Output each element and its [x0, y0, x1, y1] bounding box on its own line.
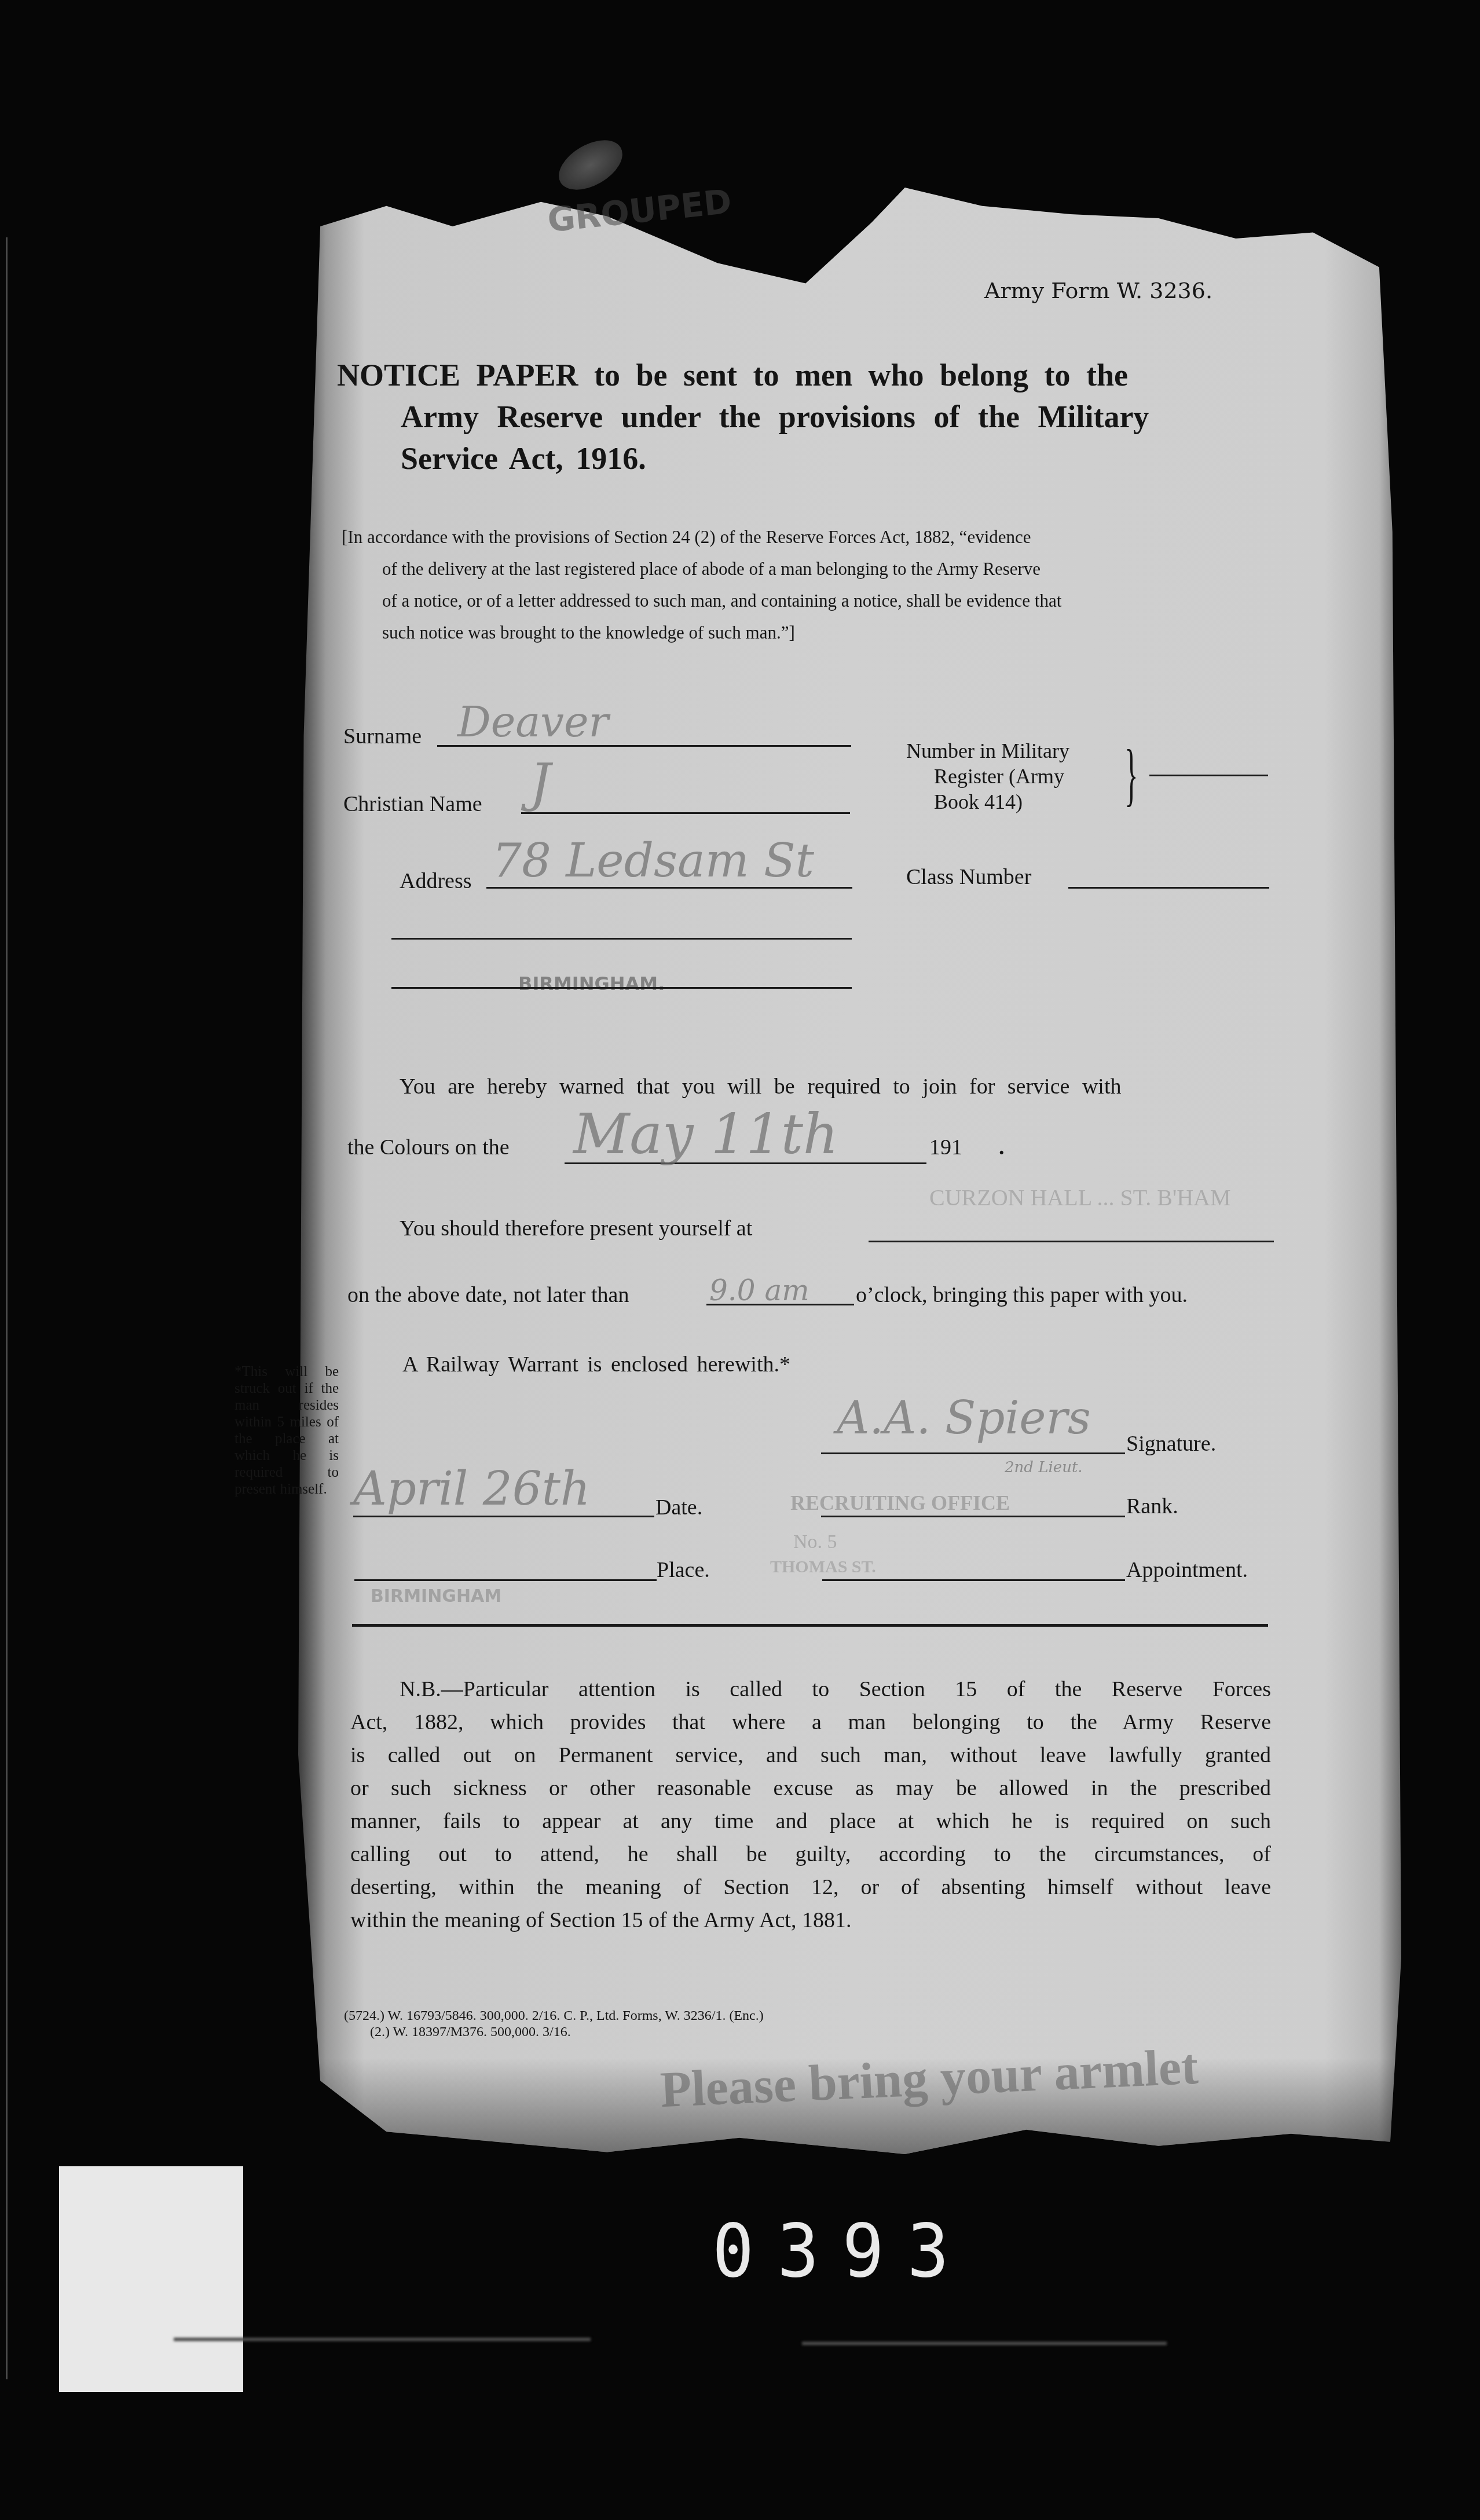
military-register-label-line: Number in Military [906, 738, 1069, 764]
surname-label: Surname [343, 724, 422, 749]
military-register-label: Number in Military Register (Army Book 4… [906, 738, 1069, 815]
preamble-line: [In accordance with the provisions of Se… [342, 521, 1268, 553]
signature-rank-note: 2nd Lieut. [1005, 1459, 1083, 1476]
birmingham-stamp: BIRMINGHAM. [518, 973, 665, 995]
military-register-label-line: Register (Army [906, 764, 1069, 789]
class-number-label: Class Number [906, 864, 1031, 890]
christian-name-line [521, 812, 850, 814]
curzon-hall-stamp: CURZON HALL ... ST. B'HAM [929, 1184, 1231, 1211]
nb-line: N.B.—Particular attention is called to S… [350, 1673, 1271, 1706]
colours-year-prefix: 191 [929, 1135, 962, 1160]
place-line[interactable] [354, 1579, 657, 1581]
railway-warrant-text: A Railway Warrant is enclosed herewith.* [402, 1352, 790, 1377]
imprint-line: (5724.) W. 16793/5846. 300,000. 2/16. C.… [344, 2008, 764, 2024]
date-field[interactable]: April 26th [353, 1462, 590, 1516]
title-line-1: NOTICE PAPER to be sent to men who belon… [337, 354, 1149, 396]
printer-imprint: (5724.) W. 16793/5846. 300,000. 2/16. C.… [344, 2008, 764, 2040]
military-register-line[interactable] [1149, 775, 1268, 776]
class-number-line[interactable] [1068, 887, 1269, 889]
address-line-3[interactable] [391, 987, 852, 989]
place-label: Place. [657, 1557, 710, 1583]
address-field[interactable]: 78 Ledsam St [492, 834, 814, 887]
date-label: Date. [655, 1495, 702, 1520]
title-line-2: Army Reserve under the provisions of the… [337, 396, 1149, 438]
military-register-label-line: Book 414) [906, 789, 1069, 815]
surname-field[interactable]: Deaver [457, 698, 609, 746]
form-number: Army Form W. 3236. [984, 278, 1212, 303]
rank-line[interactable] [821, 1516, 1125, 1517]
recruiting-office-street-stamp: THOMAS ST. [770, 1557, 876, 1577]
colours-date-field[interactable]: May 11th [573, 1103, 838, 1167]
recruiting-office-no-stamp: No. 5 [793, 1531, 837, 1553]
birmingham-place-stamp: BIRMINGHAM [371, 1586, 501, 1606]
section-divider [352, 1624, 1268, 1627]
colours-year-suffix: . [999, 1135, 1005, 1160]
frame-number: 0393 [712, 2218, 944, 2286]
appointment-label: Appointment. [1126, 1557, 1248, 1583]
film-reflection [802, 2342, 1167, 2345]
present-at-line[interactable] [869, 1241, 1274, 1242]
time-field[interactable]: 9.0 am [709, 1274, 809, 1307]
signature-line [821, 1452, 1125, 1454]
nb-line: is called out on Permanent service, and … [350, 1739, 1271, 1772]
nb-line: or such sickness or other reasonable exc… [350, 1772, 1271, 1805]
preamble-line: such notice was brought to the knowledge… [342, 617, 1268, 648]
date-line [353, 1516, 654, 1517]
address-label: Address [400, 868, 472, 894]
footnote-sidenote: *This will be struck out if the man resi… [235, 1363, 339, 1498]
time-prefix: on the above date, not later than [347, 1282, 629, 1308]
present-text: You should therefore present yourself at [400, 1216, 752, 1241]
warned-text: You are hereby warned that you will be r… [400, 1074, 1121, 1099]
colours-prefix: the Colours on the [347, 1135, 510, 1160]
brace-icon: } [1124, 740, 1138, 809]
recruiting-office-stamp: RECRUITING OFFICE [790, 1491, 1010, 1515]
stain-mark [551, 130, 631, 200]
signature-label: Signature. [1126, 1431, 1216, 1457]
nb-paragraph: N.B.—Particular attention is called to S… [350, 1673, 1271, 1937]
preamble-line: of the delivery at the last registered p… [342, 553, 1268, 585]
christian-name-label: Christian Name [343, 791, 482, 817]
imprint-line: (2.) W. 18397/M376. 500,000. 3/16. [344, 2024, 764, 2040]
appointment-line[interactable] [822, 1579, 1125, 1581]
page-title: NOTICE PAPER to be sent to men who belon… [337, 354, 1149, 479]
film-edge [6, 237, 8, 2379]
address-line-2[interactable] [391, 938, 852, 940]
signature-field[interactable]: A.A. Spiers [837, 1392, 1091, 1444]
nb-line: calling out to attend, he shall be guilt… [350, 1838, 1271, 1871]
nb-line: manner, fails to appear at any time and … [350, 1805, 1271, 1838]
blank-card [59, 2166, 243, 2392]
preamble: [In accordance with the provisions of Se… [342, 521, 1268, 648]
nb-line: within the meaning of Section 15 of the … [350, 1904, 1271, 1937]
nb-line: Act, 1882, which provides that where a m… [350, 1706, 1271, 1739]
christian-name-field[interactable]: J [530, 753, 551, 813]
title-line-3: Service Act, 1916. [337, 438, 1149, 479]
preamble-line: of a notice, or of a letter addressed to… [342, 585, 1268, 617]
rank-label: Rank. [1126, 1494, 1178, 1519]
film-reflection [174, 2338, 591, 2341]
time-suffix: o’clock, bringing this paper with you. [856, 1282, 1188, 1308]
nb-line: deserting, within the meaning of Section… [350, 1871, 1271, 1904]
